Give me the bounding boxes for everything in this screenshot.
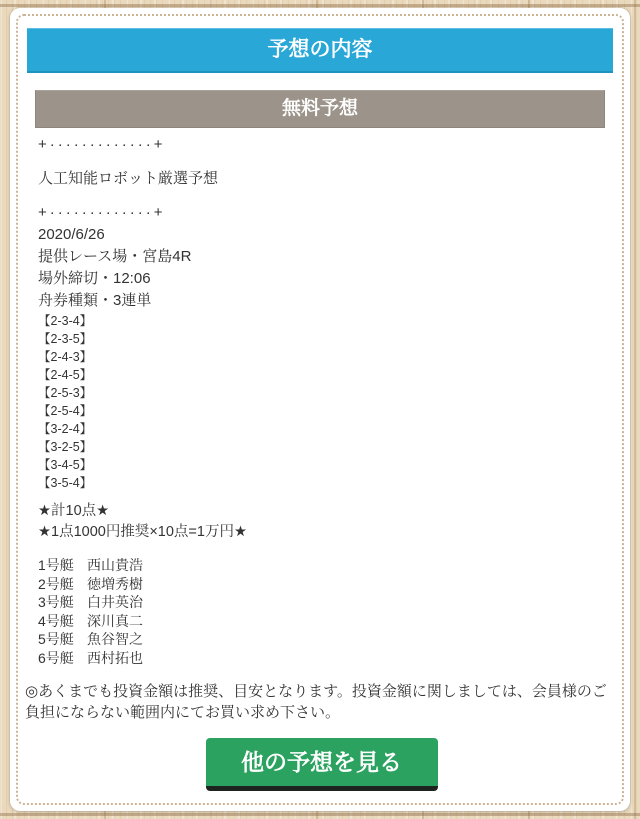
wood-plank-seam-bottom [0,813,640,816]
combination-item: 【3-5-4】 [38,474,605,492]
divider-line-middle: +·············+ [38,202,605,224]
points-line: ★1点1000円推奨×10点=1万円★ [38,522,605,543]
prediction-headline: 人工知能ロボット厳選予想 [38,168,605,190]
combination-item: 【2-5-3】 [38,384,605,402]
racer-name: 西村拓也 [87,649,143,668]
race-info-line: 場外締切・12:06 [38,268,605,290]
combination-item: 【2-4-5】 [38,366,605,384]
racer-name: 白井英治 [87,593,143,612]
button-area: 他の予想を見る [38,738,605,791]
boat-row: 3号艇 白井英治 [38,593,605,612]
combination-item: 【3-2-5】 [38,438,605,456]
combination-item: 【3-2-4】 [38,420,605,438]
investment-disclaimer: ◎あくまでも投資金額は推奨、目安となります。投資金額に関しましては、会員様のご負… [25,681,618,723]
combination-item: 【2-4-3】 [38,348,605,366]
view-other-predictions-button[interactable]: 他の予想を見る [206,738,438,791]
boat-row: 6号艇 西村拓也 [38,649,605,668]
combination-list: 【2-3-4】 【2-3-5】 【2-4-3】 【2-4-5】 【2-5-3】 … [38,312,605,492]
boat-number: 6号艇 [38,649,87,668]
boat-number: 5号艇 [38,630,87,649]
race-info: +·············+ 2020/6/26 提供レース場・宮島4R 場外… [38,202,605,312]
combination-item: 【3-4-5】 [38,456,605,474]
combination-item: 【2-3-4】 [38,312,605,330]
divider-line-top: +·············+ [38,134,605,156]
boat-row: 1号艇 西山貴浩 [38,556,605,575]
race-info-line: 舟券種類・3連単 [38,290,605,312]
boat-row: 4号艇 深川真二 [38,612,605,631]
racer-name: 西山貴浩 [87,556,143,575]
combination-item: 【2-3-5】 [38,330,605,348]
prediction-card: 予想の内容 無料予想 +·············+ 人工知能ロボット厳選予想 … [10,8,630,811]
prediction-content: +·············+ 人工知能ロボット厳選予想 +··········… [35,134,605,791]
section-title: 無料予想 [35,90,605,128]
racer-name: 深川真二 [87,612,143,631]
combination-item: 【2-5-4】 [38,402,605,420]
race-info-lines: 2020/6/26 提供レース場・宮島4R 場外締切・12:06 舟券種類・3連… [38,224,605,312]
boat-row: 2号艇 徳増秀樹 [38,575,605,594]
racer-name: 魚谷智之 [87,630,143,649]
points-summary: ★計10点★ ★1点1000円推奨×10点=1万円★ [38,501,605,543]
race-info-line: 2020/6/26 [38,224,605,246]
racer-name: 徳増秀樹 [87,575,143,594]
boat-number: 3号艇 [38,593,87,612]
boat-number: 2号艇 [38,575,87,594]
points-line: ★計10点★ [38,501,605,522]
wood-plank-seam-top [0,4,640,7]
boat-number: 4号艇 [38,612,87,631]
boat-row: 5号艇 魚谷智之 [38,630,605,649]
page-title: 予想の内容 [27,28,613,73]
race-info-line: 提供レース場・宮島4R [38,246,605,268]
boat-lineup: 1号艇 西山貴浩 2号艇 徳増秀樹 3号艇 白井英治 4号艇 深川真二 [38,556,605,667]
boat-number: 1号艇 [38,556,87,575]
